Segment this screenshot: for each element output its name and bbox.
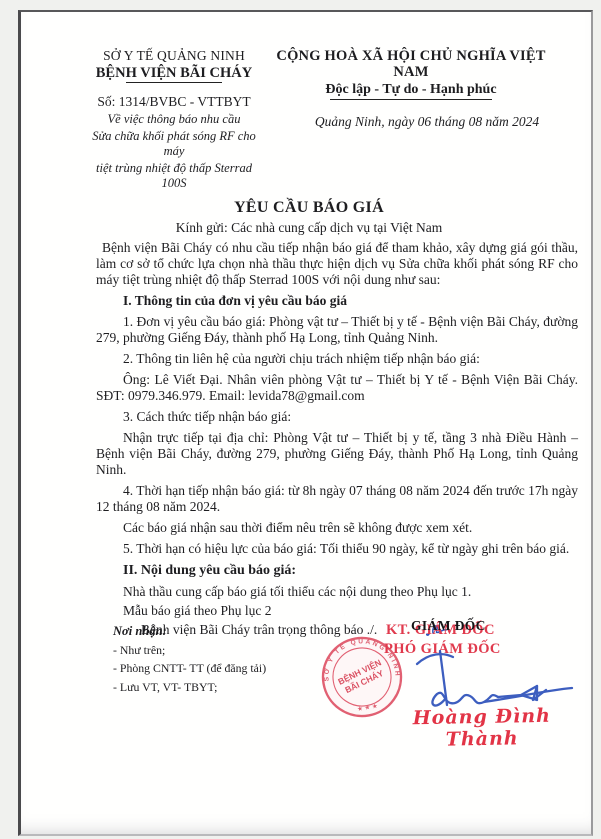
section-i-item4: 4. Thời hạn tiếp nhận báo giá: từ 8h ngà… bbox=[96, 483, 578, 515]
section-i-item3-detail: Nhận trực tiếp tại địa chỉ: Phòng Vật tư… bbox=[96, 430, 578, 478]
section-i-item3: 3. Cách thức tiếp nhận báo giá: bbox=[96, 409, 578, 425]
document-title: YÊU CẦU BÁO GIÁ bbox=[96, 200, 522, 216]
national-header-block: CỘNG HOÀ XÃ HỘI CHỦ NGHĨA VIỆT NAM Độc l… bbox=[266, 48, 556, 191]
salutation-line: Kính gửi: Các nhà cung cấp dịch vụ tại V… bbox=[96, 220, 522, 236]
section-i-item4-note: Các báo giá nhận sau thời điểm nêu trên … bbox=[96, 520, 578, 536]
intro-paragraph: Bệnh viện Bãi Cháy có nhu cầu tiếp nhận … bbox=[96, 240, 578, 288]
document-content: SỞ Y TẾ QUẢNG NINH BỆNH VIỆN BÃI CHÁY Số… bbox=[96, 12, 578, 641]
section-i-item2: 2. Thông tin liên hệ của người chịu trác… bbox=[96, 351, 578, 367]
document-header: SỞ Y TẾ QUẢNG NINH BỆNH VIỆN BÃI CHÁY Số… bbox=[86, 48, 556, 191]
section-i-item1: 1. Đơn vị yêu cầu báo giá: Phòng vật tư … bbox=[96, 314, 578, 346]
national-motto-line1: CỘNG HOÀ XÃ HỘI CHỦ NGHĨA VIỆT NAM bbox=[266, 48, 556, 80]
recipient-item: - Phòng CNTT- TT (để đăng tải) bbox=[113, 661, 266, 675]
issuing-agency-block: SỞ Y TẾ QUẢNG NINH BỆNH VIỆN BÃI CHÁY Số… bbox=[86, 48, 262, 191]
hospital-name: BỆNH VIỆN BÃI CHÁY bbox=[86, 65, 262, 81]
section-ii-line2: Mẫu báo giá theo Phụ lục 2 bbox=[96, 603, 578, 619]
printed-signer-title: GIÁM ĐỐC bbox=[411, 618, 486, 634]
section-i-heading: I. Thông tin của đơn vị yêu cầu báo giá bbox=[96, 293, 578, 309]
place-dateline: Quảng Ninh, ngày 06 tháng 08 năm 2024 bbox=[282, 114, 572, 130]
section-i-contact: Ông: Lê Viết Đại. Nhân viên phòng Vật tư… bbox=[96, 372, 578, 404]
document-subject-line1: Về việc thông báo nhu cầu bbox=[86, 112, 262, 127]
header-underline bbox=[126, 82, 222, 83]
section-ii-line1: Nhà thầu cung cấp báo giá tối thiểu các … bbox=[96, 584, 578, 600]
signature-ink bbox=[383, 648, 575, 716]
recipient-item: - Lưu VT, VT- TBYT; bbox=[113, 680, 266, 694]
scanned-document-canvas: SỞ Y TẾ QUẢNG NINH BỆNH VIỆN BÃI CHÁY Số… bbox=[0, 0, 601, 839]
national-motto-line2: Độc lập - Tự do - Hạnh phúc bbox=[266, 82, 556, 98]
document-subject-line3: tiệt trùng nhiệt độ thấp Sterrad 100S bbox=[86, 161, 262, 191]
recipients-label: Nơi nhận: bbox=[113, 624, 266, 638]
document-number: Số: 1314/BVBC - VTTBYT bbox=[86, 94, 262, 110]
document-page: SỞ Y TẾ QUẢNG NINH BỆNH VIỆN BÃI CHÁY Số… bbox=[18, 10, 593, 836]
section-i-item5: 5. Thời hạn có hiệu lực của báo giá: Tối… bbox=[96, 541, 578, 557]
motto-underline bbox=[330, 99, 492, 100]
document-subject-line2: Sửa chữa khối phát sóng RF cho máy bbox=[86, 129, 262, 159]
recipient-item: - Như trên; bbox=[113, 643, 266, 657]
recipients-block: Nơi nhận: - Như trên; - Phòng CNTT- TT (… bbox=[113, 624, 266, 694]
section-ii-heading: II. Nội dung yêu cầu báo giá: bbox=[96, 563, 578, 579]
parent-agency-name: SỞ Y TẾ QUẢNG NINH bbox=[86, 48, 262, 64]
